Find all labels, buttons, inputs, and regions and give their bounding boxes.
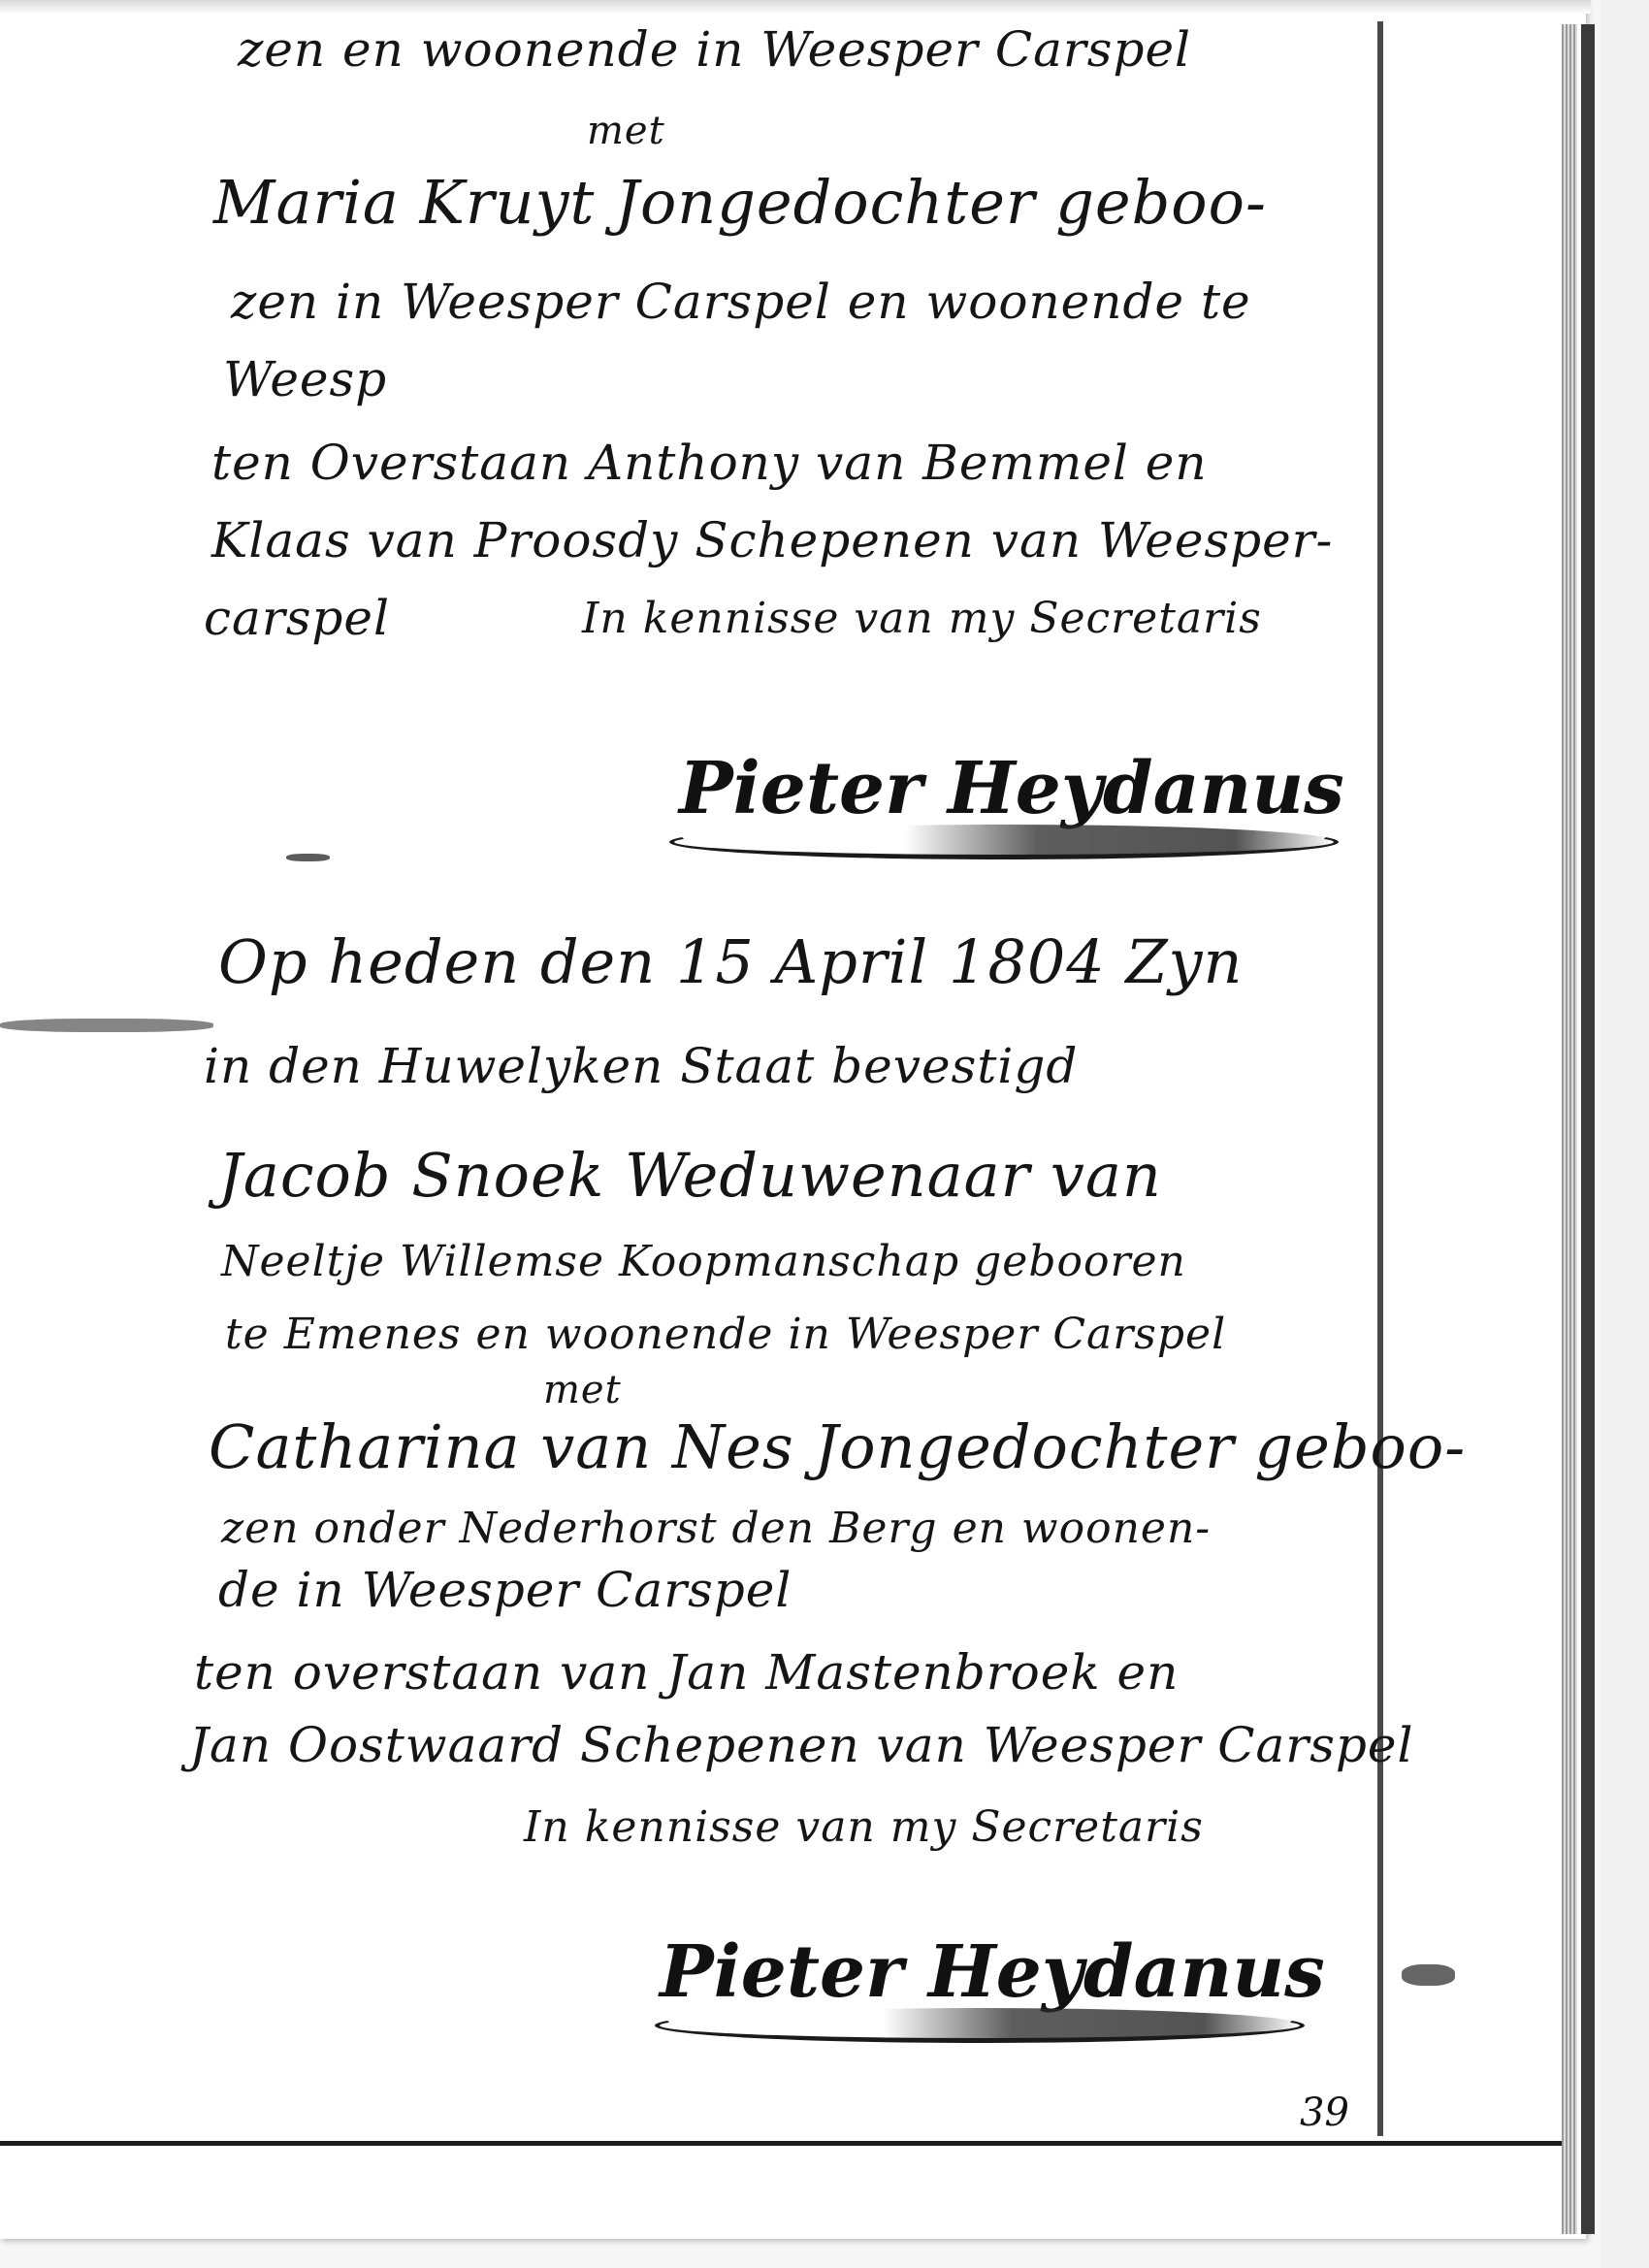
ink-smudge bbox=[1402, 1964, 1455, 1986]
handwritten-line: zen onder Nederhorst den Berg en woonen- bbox=[221, 1504, 1211, 1553]
register-page: zen en woonende in Weesper Carspel met M… bbox=[0, 0, 1586, 2239]
handwritten-line: Neeltje Willemse Koopmanschap gebooren bbox=[221, 1237, 1186, 1286]
handwritten-line-met: met bbox=[543, 1368, 622, 1412]
secretary-signature: Pieter Heydanus bbox=[679, 747, 1344, 830]
handwritten-line-witnesses: ten overstaan van Jan Mastenbroek en bbox=[194, 1644, 1179, 1701]
handwritten-line: te Emenes en woonende in Weesper Carspel bbox=[225, 1310, 1226, 1359]
handwritten-line: Jan Oostwaard Schepenen van Weesper Cars… bbox=[189, 1717, 1413, 1773]
handwritten-line-attestation: In kennisse van my Secretaris bbox=[524, 1802, 1204, 1852]
handwritten-line: Weesp bbox=[223, 351, 387, 407]
handwritten-line: zen in Weesper Carspel en woonende te bbox=[231, 274, 1251, 330]
scan-background bbox=[1600, 0, 1649, 2268]
handwritten-line: Klaas van Proosdy Schepenen van Weesper- bbox=[211, 512, 1333, 568]
handwritten-line: in den Huwelyken Staat bevestigd bbox=[204, 1038, 1078, 1094]
handwritten-line-bride-name: Maria Kruyt Jongedochter geboo- bbox=[213, 167, 1267, 238]
book-cover-edge bbox=[1581, 24, 1595, 2234]
ink-smudge bbox=[0, 1019, 213, 1032]
handwritten-line: carspel bbox=[204, 590, 390, 646]
signature-flourish bbox=[655, 2008, 1305, 2043]
ink-mark bbox=[286, 854, 330, 861]
handwritten-line-met: met bbox=[587, 109, 665, 153]
bottom-rule bbox=[0, 2141, 1562, 2146]
handwritten-line: de in Weesper Carspel bbox=[218, 1562, 792, 1618]
handwritten-line-date: Op heden den 15 April 1804 Zyn bbox=[218, 926, 1243, 997]
book-page-edges bbox=[1562, 24, 1577, 2234]
handwritten-line-attestation: In kennisse van my Secretaris bbox=[582, 594, 1262, 643]
secretary-signature: Pieter Heydanus bbox=[660, 1930, 1325, 2014]
handwritten-line: zen en woonende in Weesper Carspel bbox=[238, 21, 1191, 78]
handwritten-line-bride-name: Catharina van Nes Jongedochter geboo- bbox=[209, 1411, 1466, 1482]
handwritten-line-witnesses: ten Overstaan Anthony van Bemmel en bbox=[211, 435, 1208, 491]
scan-top-shadow bbox=[0, 0, 1591, 14]
signature-flourish bbox=[669, 825, 1339, 859]
margin-rule bbox=[1377, 21, 1383, 2136]
handwritten-line-groom-name: Jacob Snoek Weduwenaar van bbox=[218, 1140, 1162, 1211]
page-number: 39 bbox=[1300, 2090, 1349, 2135]
